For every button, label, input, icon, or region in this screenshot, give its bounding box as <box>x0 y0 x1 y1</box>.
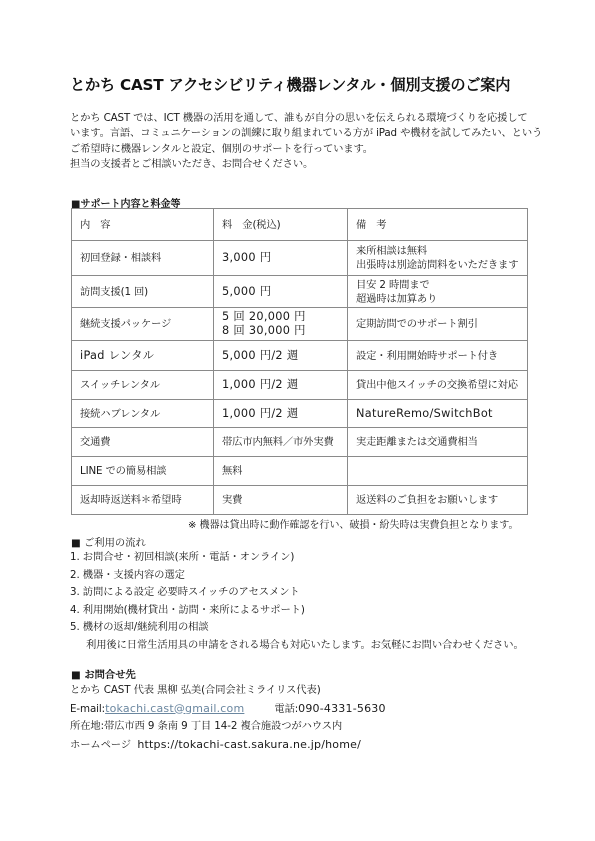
header-price: 料 金(税込) <box>214 209 348 241</box>
flow-step: 2. 機器・支援内容の選定 <box>70 567 524 585</box>
note-line: 超過時は加算あり <box>356 292 527 306</box>
email-link[interactable]: tokachi.cast@gmail.com <box>105 702 244 715</box>
header-item: 内 容 <box>72 209 214 241</box>
row-price: 1,000 円/2 週 <box>214 371 348 400</box>
row-price: 1,000 円/2 週 <box>214 400 348 428</box>
header-note: 備 考 <box>348 209 528 241</box>
intro-line: とかち CAST では、ICT 機器の活用を通して、誰もが自分の思いを伝えられる… <box>70 111 540 126</box>
flow-step: 5. 機材の返却/継続利用の相談 <box>70 619 524 637</box>
row-price: 5 回 20,000 円 8 回 30,000 円 <box>214 308 348 341</box>
homepage-url[interactable]: https://tokachi-cast.sakura.ne.jp/home/ <box>137 738 361 751</box>
row-note: 貸出中他スイッチの交換希望に対応 <box>348 371 528 400</box>
row-note: 来所相談は無料 出張時は別途訪問料をいただきます <box>348 241 528 276</box>
note-line: 出張時は別途訪問料をいただきます <box>356 258 527 272</box>
price-line: 5 回 20,000 円 <box>222 310 347 324</box>
table-header-row: 内 容 料 金(税込) 備 考 <box>72 209 528 241</box>
contact-info: とかち CAST 代表 黒柳 弘美(合同会社ミライリス代表) E-mail:to… <box>70 682 386 754</box>
row-note: 設定・利用開始時サポート付き <box>348 341 528 371</box>
row-item: 返却時返送料＊希望時 <box>72 486 214 515</box>
row-item: スイッチレンタル <box>72 371 214 400</box>
flow-step: 4. 利用開始(機材貸出・訪問・来所によるサポート) <box>70 602 524 620</box>
row-note: 返送料のご負担をお願いします <box>348 486 528 515</box>
row-note: 目安 2 時間まで 超過時は加算あり <box>348 276 528 308</box>
contact-homepage-line: ホームページ https://tokachi-cast.sakura.ne.jp… <box>70 736 386 755</box>
email-label: E-mail: <box>70 703 105 715</box>
table-row: 返却時返送料＊希望時 実費 返送料のご負担をお願いします <box>72 486 528 515</box>
table-row: 初回登録・相談料 3,000 円 来所相談は無料 出張時は別途訪問料をいただきま… <box>72 241 528 276</box>
row-price: 帯広市内無料／市外実費 <box>214 428 348 457</box>
flow-step: 3. 訪問による設定 必要時スイッチのアセスメント <box>70 584 524 602</box>
row-item: 接続ハブレンタル <box>72 400 214 428</box>
table-row: スイッチレンタル 1,000 円/2 週 貸出中他スイッチの交換希望に対応 <box>72 371 528 400</box>
row-price: 5,000 円 <box>214 276 348 308</box>
page-title: とかち CAST アクセシビリティ機器レンタル・個別支援のご案内 <box>70 74 540 95</box>
row-note: NatureRemo/SwitchBot <box>348 400 528 428</box>
table-row: iPad レンタル 5,000 円/2 週 設定・利用開始時サポート付き <box>72 341 528 371</box>
table-row: 継続支援パッケージ 5 回 20,000 円 8 回 30,000 円 定期訪問… <box>72 308 528 341</box>
homepage-label: ホームページ <box>70 739 131 751</box>
flow-section-heading: ■ ご利用の流れ <box>71 534 146 549</box>
intro-line: 担当の支援者とご相談いただき、お問合せください。 <box>70 157 540 172</box>
row-item: 初回登録・相談料 <box>72 241 214 276</box>
table-row: 訪問支援(1 回) 5,000 円 目安 2 時間まで 超過時は加算あり <box>72 276 528 308</box>
contact-section-heading: ■ お問合せ先 <box>71 666 136 681</box>
row-price: 無料 <box>214 457 348 486</box>
row-item: 継続支援パッケージ <box>72 308 214 341</box>
flow-steps: 1. お問合せ・初回相談(来所・電話・オンライン) 2. 機器・支援内容の選定 … <box>70 549 524 655</box>
row-item: iPad レンタル <box>72 341 214 371</box>
phone-number: 090-4331-5630 <box>298 702 386 715</box>
fees-footnote: ※ 機器は貸出時に動作確認を行い、破損・紛失時は実費負担となります。 <box>188 516 518 531</box>
flow-step: 1. お問合せ・初回相談(来所・電話・オンライン) <box>70 549 524 567</box>
flyer-page: とかち CAST アクセシビリティ機器レンタル・個別支援のご案内 とかち CAS… <box>0 0 595 841</box>
flow-step-detail: 利用後に日常生活用具の申請をされる場合も対応いたします。お気軽にお問い合わせくだ… <box>70 637 524 655</box>
row-note: 定期訪問でのサポート割引 <box>348 308 528 341</box>
intro-paragraph: とかち CAST では、ICT 機器の活用を通して、誰もが自分の思いを伝えられる… <box>70 111 540 172</box>
row-item: 交通費 <box>72 428 214 457</box>
row-item: LINE での簡易相談 <box>72 457 214 486</box>
contact-representative: とかち CAST 代表 黒柳 弘美(合同会社ミライリス代表) <box>70 682 386 700</box>
table-row: 接続ハブレンタル 1,000 円/2 週 NatureRemo/SwitchBo… <box>72 400 528 428</box>
table-row: 交通費 帯広市内無料／市外実費 実走距離または交通費相当 <box>72 428 528 457</box>
fees-table: 内 容 料 金(税込) 備 考 初回登録・相談料 3,000 円 来所相談は無料… <box>71 208 528 515</box>
contact-address: 所在地:帯広市西 9 条南 9 丁目 14-2 複合施設つがハウス内 <box>70 718 386 736</box>
row-item: 訪問支援(1 回) <box>72 276 214 308</box>
row-note <box>348 457 528 486</box>
note-line: 目安 2 時間まで <box>356 278 527 292</box>
row-price: 実費 <box>214 486 348 515</box>
phone-label: 電話: <box>274 703 298 715</box>
note-line: 来所相談は無料 <box>356 244 527 258</box>
row-note: 実走距離または交通費相当 <box>348 428 528 457</box>
row-price: 5,000 円/2 週 <box>214 341 348 371</box>
intro-line: ご希望時に機器レンタルと設定、個別のサポートを行っています。 <box>70 142 540 157</box>
contact-email-phone-line: E-mail:tokachi.cast@gmail.com電話:090-4331… <box>70 700 386 719</box>
intro-line: います。言語、コミュニケーションの訓練に取り組まれている方が iPad や機材を… <box>70 126 540 141</box>
table-row: LINE での簡易相談 無料 <box>72 457 528 486</box>
row-price: 3,000 円 <box>214 241 348 276</box>
price-line: 8 回 30,000 円 <box>222 324 347 338</box>
